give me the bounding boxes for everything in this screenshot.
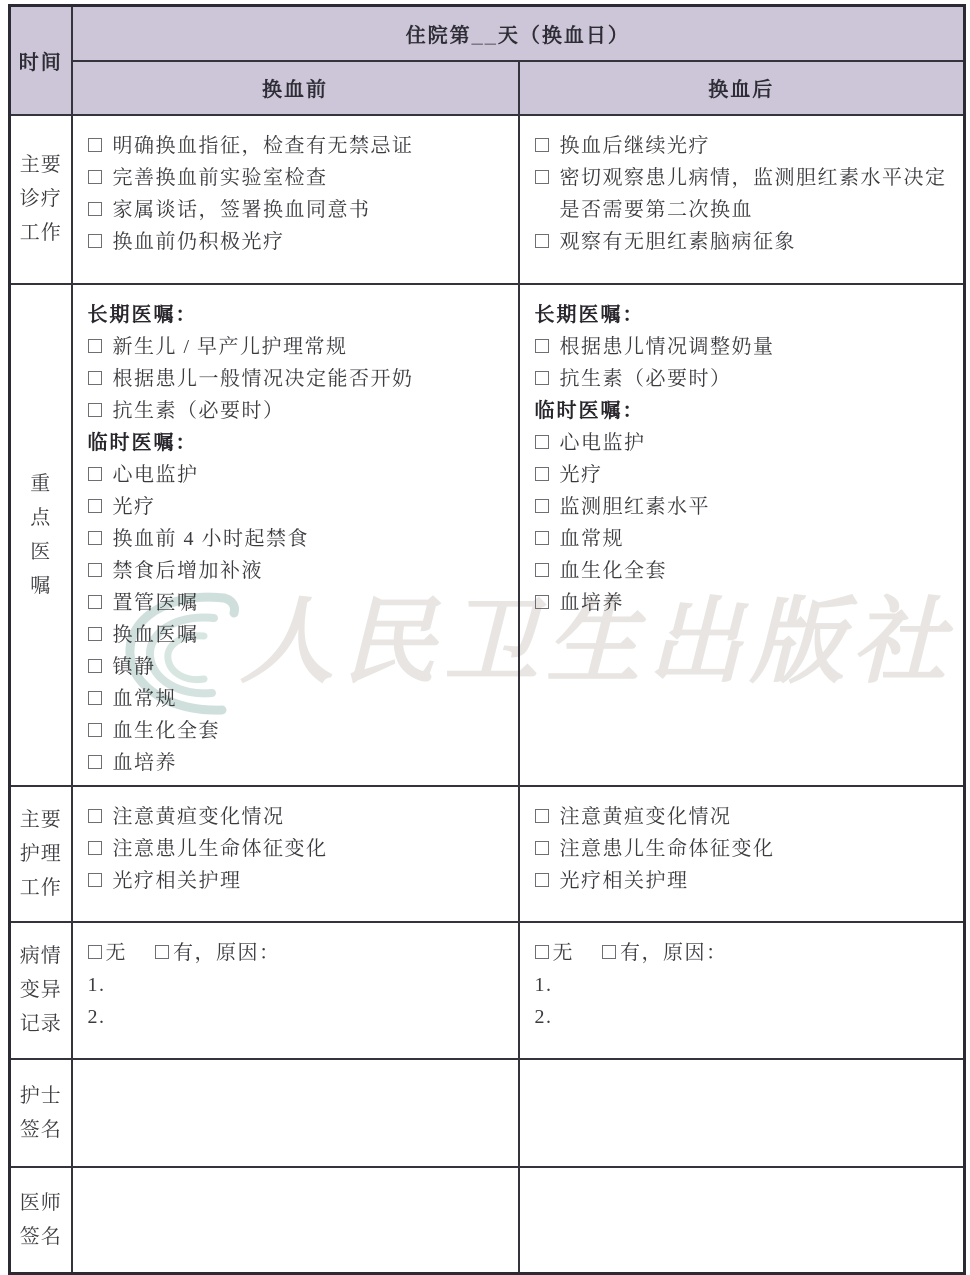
checkbox-icon[interactable] (88, 339, 102, 353)
checklist-item: 根据患儿一般情况决定能否开奶 (88, 363, 508, 395)
item-text: 有，原因： (173, 937, 281, 969)
checklist-item: 血培养 (88, 747, 508, 779)
row-label-line: 病情 (11, 939, 71, 973)
checkbox-icon[interactable] (535, 170, 549, 184)
checklist-item: 置管医嘱 (88, 587, 508, 619)
doctor-signature-pre-cell (72, 1167, 519, 1274)
item-text: 血常规 (113, 683, 178, 715)
row-label-line: 点 (11, 501, 71, 535)
checkbox-icon[interactable] (535, 435, 549, 449)
checklist-item: 密切观察患儿病情，监测胆红素水平决定是否需要第二次换血 (535, 162, 954, 226)
item-text: 2. (535, 1001, 553, 1033)
item-text: 光疗相关护理 (113, 865, 242, 897)
post-exchange-header-cell: 换血后 (519, 61, 965, 115)
item-text: 注意患儿生命体征变化 (113, 833, 328, 865)
checkbox-icon[interactable] (88, 595, 102, 609)
checklist-item: 新生儿 / 早产儿护理常规 (88, 331, 508, 363)
key-orders-post-cell: 长期医嘱：根据患儿情况调整奶量抗生素（必要时）临时医嘱：心电监护光疗监测胆红素水… (519, 284, 965, 786)
item-text: 换血前 4 小时起禁食 (113, 523, 310, 555)
checkpair-option: 无 (535, 937, 575, 969)
row-label-line: 诊疗 (11, 182, 71, 216)
checkbox-icon[interactable] (535, 499, 549, 513)
checklist-item: 注意患儿生命体征变化 (88, 833, 508, 865)
item-text: 抗生素（必要时） (560, 363, 732, 395)
row-label-line: 记录 (11, 1007, 71, 1041)
table-row-nurse-signature: 护士签名 (10, 1059, 965, 1167)
item-text: 血培养 (560, 587, 625, 619)
checkbox-icon[interactable] (535, 873, 549, 887)
checklist-item: 注意患儿生命体征变化 (535, 833, 954, 865)
checklist-item: 根据患儿情况调整奶量 (535, 331, 954, 363)
checkbox-icon[interactable] (88, 403, 102, 417)
row-label-line: 签名 (11, 1113, 71, 1147)
item-text: 新生儿 / 早产儿护理常规 (113, 331, 348, 363)
row-label-nurse-signature: 护士签名 (10, 1059, 72, 1167)
item-text: 无 (106, 937, 128, 969)
item-text: 血生化全套 (113, 715, 221, 747)
checklist-item: 观察有无胆红素脑病征象 (535, 226, 954, 258)
item-text: 有，原因： (620, 937, 728, 969)
item-text: 抗生素（必要时） (113, 395, 285, 427)
row-label-line: 医师 (11, 1186, 71, 1220)
item-text: 临时医嘱： (535, 395, 645, 427)
checkbox-icon[interactable] (88, 873, 102, 887)
main-nursing-pre-cell: 注意黄疸变化情况注意患儿生命体征变化光疗相关护理 (72, 786, 519, 922)
item-text: 临时医嘱： (88, 427, 198, 459)
row-label-variation-record: 病情变异记录 (10, 922, 72, 1059)
item-text: 完善换血前实验室检查 (113, 162, 328, 194)
checklist-item: 1. (535, 969, 954, 1001)
item-text: 1. (535, 969, 553, 1001)
checkbox-icon[interactable] (88, 809, 102, 823)
clinical-pathway-form-page: 人民卫生出版社 时间 住院第__天（换血日） 换血前 换血后 主要诊疗工作明确换… (0, 0, 970, 1275)
row-label-main-nursing: 主要护理工作 (10, 786, 72, 922)
checkbox-icon[interactable] (535, 339, 549, 353)
checklist-item: 光疗相关护理 (535, 865, 954, 897)
item-text: 注意黄疸变化情况 (113, 801, 285, 833)
checkbox-icon[interactable] (602, 945, 616, 959)
item-text: 家属谈话，签署换血同意书 (113, 194, 371, 226)
item-text: 镇静 (113, 651, 156, 683)
item-text: 监测胆红素水平 (560, 491, 711, 523)
checklist-item: 心电监护 (88, 459, 508, 491)
row-label-line: 医 (11, 535, 71, 569)
row-label-line: 护理 (11, 837, 71, 871)
checklist-item: 血生化全套 (88, 715, 508, 747)
checkbox-icon[interactable] (88, 945, 102, 959)
checkbox-icon[interactable] (88, 202, 102, 216)
item-text: 长期医嘱： (88, 299, 198, 331)
item-text: 观察有无胆红素脑病征象 (560, 226, 797, 258)
key-orders-pre-cell: 长期医嘱：新生儿 / 早产儿护理常规根据患儿一般情况决定能否开奶抗生素（必要时）… (72, 284, 519, 786)
row-label-line: 工作 (11, 871, 71, 905)
doctor-signature-post-cell (519, 1167, 965, 1274)
row-label-line: 护士 (11, 1079, 71, 1113)
checkbox-icon[interactable] (88, 723, 102, 737)
checklist-item: 长期医嘱： (88, 299, 508, 331)
item-text: 换血医嘱 (113, 619, 199, 651)
item-text: 明确换血指征，检查有无禁忌证 (113, 130, 414, 162)
checklist-item: 血培养 (535, 587, 954, 619)
checkbox-icon[interactable] (88, 170, 102, 184)
checkbox-icon[interactable] (88, 234, 102, 248)
item-text: 血常规 (560, 523, 625, 555)
item-text: 心电监护 (113, 459, 199, 491)
checkbox-icon[interactable] (88, 563, 102, 577)
time-header-cell: 时间 (10, 6, 72, 115)
pathway-table: 时间 住院第__天（换血日） 换血前 换血后 主要诊疗工作明确换血指征，检查有无… (8, 4, 966, 1275)
checklist-item: 注意黄疸变化情况 (535, 801, 954, 833)
checklist-item: 2. (88, 1001, 508, 1033)
checkbox-icon[interactable] (88, 499, 102, 513)
header-row-day: 时间 住院第__天（换血日） (10, 6, 965, 61)
item-text: 注意黄疸变化情况 (560, 801, 732, 833)
item-text: 密切观察患儿病情，监测胆红素水平决定是否需要第二次换血 (560, 162, 954, 226)
checkbox-icon[interactable] (535, 531, 549, 545)
row-label-doctor-signature: 医师签名 (10, 1167, 72, 1274)
item-text: 血生化全套 (560, 555, 668, 587)
checkbox-icon[interactable] (535, 945, 549, 959)
checklist-item: 1. (88, 969, 508, 1001)
item-text: 心电监护 (560, 427, 646, 459)
checkbox-icon[interactable] (535, 467, 549, 481)
checkpair-option: 有，原因： (602, 937, 728, 969)
checklist-item: 光疗 (88, 491, 508, 523)
row-label-line: 主要 (11, 148, 71, 182)
row-label-line: 主要 (11, 803, 71, 837)
checklist-item: 抗生素（必要时） (535, 363, 954, 395)
header-row-phase: 换血前 换血后 (10, 61, 965, 115)
table-row-doctor-signature: 医师签名 (10, 1167, 965, 1274)
item-text: 根据患儿情况调整奶量 (560, 331, 775, 363)
checklist-item: 光疗 (535, 459, 954, 491)
table-row-key-orders: 重点医嘱长期医嘱：新生儿 / 早产儿护理常规根据患儿一般情况决定能否开奶抗生素（… (10, 284, 965, 786)
checklist-item: 完善换血前实验室检查 (88, 162, 508, 194)
item-text: 换血前仍积极光疗 (113, 226, 285, 258)
checkbox-icon[interactable] (535, 809, 549, 823)
checkbox-icon[interactable] (535, 841, 549, 855)
nurse-signature-pre-cell (72, 1059, 519, 1167)
variation-record-pre-cell: 无有，原因：1.2. (72, 922, 519, 1059)
checklist-item: 抗生素（必要时） (88, 395, 508, 427)
checkbox-icon[interactable] (88, 627, 102, 641)
item-text: 禁食后增加补液 (113, 555, 264, 587)
item-text: 光疗 (113, 491, 156, 523)
main-nursing-post-cell: 注意黄疸变化情况注意患儿生命体征变化光疗相关护理 (519, 786, 965, 922)
checkbox-icon[interactable] (155, 945, 169, 959)
checkbox-icon[interactable] (535, 595, 549, 609)
row-label-line: 签名 (11, 1220, 71, 1254)
item-text: 长期医嘱： (535, 299, 645, 331)
checklist-item: 换血医嘱 (88, 619, 508, 651)
checklist-item: 血生化全套 (535, 555, 954, 587)
item-text: 置管医嘱 (113, 587, 199, 619)
checklist-item: 血常规 (535, 523, 954, 555)
nurse-signature-post-cell (519, 1059, 965, 1167)
checkbox-icon[interactable] (88, 531, 102, 545)
checkbox-icon[interactable] (535, 371, 549, 385)
checkbox-icon[interactable] (535, 563, 549, 577)
checkbox-icon[interactable] (88, 371, 102, 385)
row-label-line: 嘱 (11, 569, 71, 603)
hospital-day-header-cell: 住院第__天（换血日） (72, 6, 965, 61)
table-row-variation-record: 病情变异记录无有，原因：1.2.无有，原因：1.2. (10, 922, 965, 1059)
table-body: 主要诊疗工作明确换血指征，检查有无禁忌证完善换血前实验室检查家属谈话，签署换血同… (10, 115, 965, 1274)
checklist-item: 家属谈话，签署换血同意书 (88, 194, 508, 226)
checklist-item: 注意黄疸变化情况 (88, 801, 508, 833)
row-label-main-care: 主要诊疗工作 (10, 115, 72, 284)
item-text: 注意患儿生命体征变化 (560, 833, 775, 865)
checklist-item: 2. (535, 1001, 954, 1033)
checklist-item: 无有，原因： (88, 937, 508, 969)
main-care-post-cell: 换血后继续光疗密切观察患儿病情，监测胆红素水平决定是否需要第二次换血观察有无胆红… (519, 115, 965, 284)
item-text: 光疗相关护理 (560, 865, 689, 897)
checklist-item: 无有，原因： (535, 937, 954, 969)
checklist-item: 血常规 (88, 683, 508, 715)
pre-exchange-header-cell: 换血前 (72, 61, 519, 115)
item-text: 无 (553, 937, 575, 969)
checkbox-icon[interactable] (88, 691, 102, 705)
checkpair-option: 无 (88, 937, 128, 969)
checkbox-icon[interactable] (88, 755, 102, 769)
checkbox-icon[interactable] (88, 467, 102, 481)
checklist-item: 临时医嘱： (88, 427, 508, 459)
item-text: 1. (88, 969, 106, 1001)
main-care-pre-cell: 明确换血指征，检查有无禁忌证完善换血前实验室检查家属谈话，签署换血同意书换血前仍… (72, 115, 519, 284)
checklist-item: 心电监护 (535, 427, 954, 459)
variation-record-post-cell: 无有，原因：1.2. (519, 922, 965, 1059)
row-label-line: 变异 (11, 973, 71, 1007)
table-row-main-nursing: 主要护理工作注意黄疸变化情况注意患儿生命体征变化光疗相关护理注意黄疸变化情况注意… (10, 786, 965, 922)
checklist-item: 换血前 4 小时起禁食 (88, 523, 508, 555)
checkbox-icon[interactable] (88, 841, 102, 855)
item-text: 血培养 (113, 747, 178, 779)
table-header: 时间 住院第__天（换血日） 换血前 换血后 (10, 6, 965, 115)
checkbox-icon[interactable] (88, 659, 102, 673)
checklist-item: 明确换血指征，检查有无禁忌证 (88, 130, 508, 162)
checklist-item: 临时医嘱： (535, 395, 954, 427)
checkbox-icon[interactable] (535, 138, 549, 152)
item-text: 根据患儿一般情况决定能否开奶 (113, 363, 414, 395)
table-row-main-care: 主要诊疗工作明确换血指征，检查有无禁忌证完善换血前实验室检查家属谈话，签署换血同… (10, 115, 965, 284)
checklist-item: 长期医嘱： (535, 299, 954, 331)
checklist-item: 监测胆红素水平 (535, 491, 954, 523)
row-label-key-orders: 重点医嘱 (10, 284, 72, 786)
row-label-line: 工作 (11, 216, 71, 250)
row-label-line: 重 (11, 467, 71, 501)
checklist-item: 禁食后增加补液 (88, 555, 508, 587)
checklist-item: 镇静 (88, 651, 508, 683)
checklist-item: 换血后继续光疗 (535, 130, 954, 162)
item-text: 光疗 (560, 459, 603, 491)
checkpair-option: 有，原因： (155, 937, 281, 969)
checklist-item: 光疗相关护理 (88, 865, 508, 897)
checkbox-icon[interactable] (88, 138, 102, 152)
checklist-item: 换血前仍积极光疗 (88, 226, 508, 258)
item-text: 2. (88, 1001, 106, 1033)
item-text: 换血后继续光疗 (560, 130, 711, 162)
checkbox-icon[interactable] (535, 234, 549, 248)
